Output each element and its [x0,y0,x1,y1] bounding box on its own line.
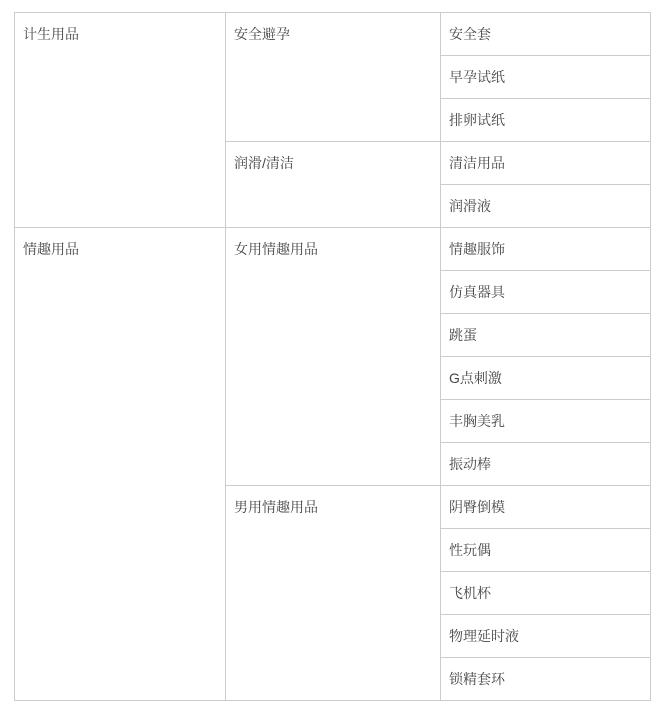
subcategory-cell: 男用情趣用品 [226,486,441,701]
category-table-body: 计生用品安全避孕安全套早孕试纸排卵试纸润滑/清洁清洁用品润滑液情趣用品女用情趣用… [15,13,651,701]
subcategory-cell: 女用情趣用品 [226,228,441,486]
item-cell: 丰胸美乳 [441,400,651,443]
category-cell: 情趣用品 [15,228,226,701]
item-cell: 物理延时液 [441,615,651,658]
item-cell: 飞机杯 [441,572,651,615]
category-cell: 计生用品 [15,13,226,228]
item-cell: 跳蛋 [441,314,651,357]
item-cell: 情趣服饰 [441,228,651,271]
page: 计生用品安全避孕安全套早孕试纸排卵试纸润滑/清洁清洁用品润滑液情趣用品女用情趣用… [0,0,665,713]
category-table: 计生用品安全避孕安全套早孕试纸排卵试纸润滑/清洁清洁用品润滑液情趣用品女用情趣用… [14,12,651,701]
item-cell: 清洁用品 [441,142,651,185]
item-cell: 阴臀倒模 [441,486,651,529]
item-cell: 锁精套环 [441,658,651,701]
subcategory-cell: 润滑/清洁 [226,142,441,228]
item-cell: 早孕试纸 [441,56,651,99]
item-cell: G点刺激 [441,357,651,400]
item-cell: 排卵试纸 [441,99,651,142]
table-row: 计生用品安全避孕安全套 [15,13,651,56]
table-row: 情趣用品女用情趣用品情趣服饰 [15,228,651,271]
item-cell: 润滑液 [441,185,651,228]
item-cell: 仿真器具 [441,271,651,314]
item-cell: 性玩偶 [441,529,651,572]
item-cell: 振动棒 [441,443,651,486]
subcategory-cell: 安全避孕 [226,13,441,142]
item-cell: 安全套 [441,13,651,56]
